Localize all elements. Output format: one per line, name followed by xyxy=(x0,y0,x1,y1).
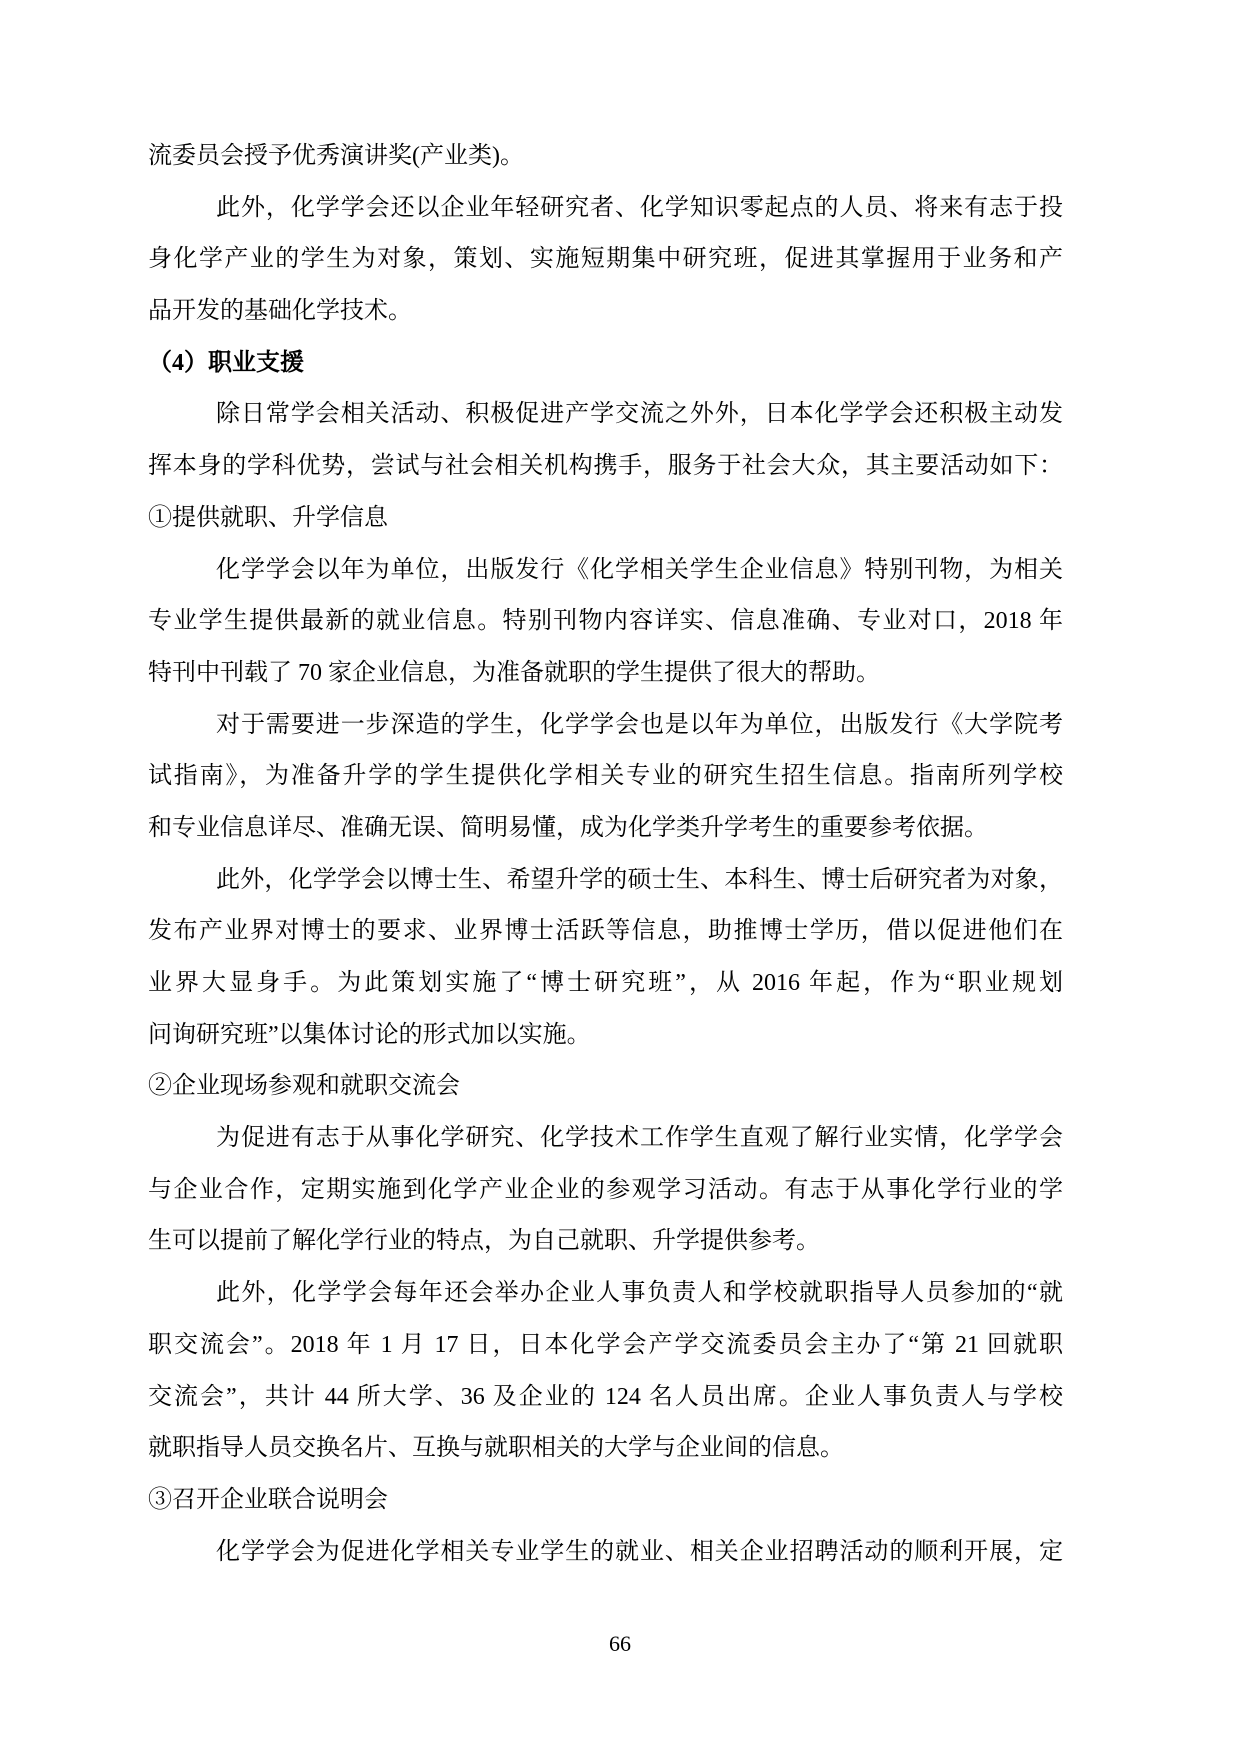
text-line: 试指南》，为准备升学的学生提供化学相关专业的研究生招生信息。指南所列学校 xyxy=(148,751,1063,803)
text-line: 特刊中刊载了 70 家企业信息，为准备就职的学生提供了很大的帮助。 xyxy=(148,648,1063,700)
text-line: 职交流会”。2018 年 1 月 17 日，日本化学会产学交流委员会主办了“第 … xyxy=(148,1320,1063,1372)
text-line: 挥本身的学科优势，尝试与社会相关机构携手，服务于社会大众，其主要活动如下： xyxy=(148,441,1063,493)
text-line: 此外，化学学会每年还会举办企业人事负责人和学校就职指导人员参加的“就 xyxy=(148,1268,1063,1320)
text-line: 化学学会为促进化学相关专业学生的就业、相关企业招聘活动的顺利开展，定 xyxy=(148,1527,1063,1579)
text-line: 交流会”，共计 44 所大学、36 及企业的 124 名人员出席。企业人事负责人… xyxy=(148,1372,1063,1424)
document-page: 流委员会授予优秀演讲奖(产业类)。此外，化学学会还以企业年轻研究者、化学知识零起… xyxy=(0,0,1240,1753)
text-line: 此外，化学学会还以企业年轻研究者、化学知识零起点的人员、将来有志于投 xyxy=(148,183,1063,235)
text-line: 专业学生提供最新的就业信息。特别刊物内容详实、信息准确、专业对口，2018 年 xyxy=(148,596,1063,648)
section-heading: （4）职业支援 xyxy=(148,338,1063,390)
text-line: 业界大显身手。为此策划实施了“博士研究班”，从 2016 年起，作为“职业规划 xyxy=(148,958,1063,1010)
text-line: 品开发的基础化学技术。 xyxy=(148,286,1063,338)
text-line: ①提供就职、升学信息 xyxy=(148,493,1063,545)
text-line: 与企业合作，定期实施到化学产业企业的参观学习活动。有志于从事化学行业的学 xyxy=(148,1165,1063,1217)
text-line: 除日常学会相关活动、积极促进产学交流之外外，日本化学学会还积极主动发 xyxy=(148,389,1063,441)
text-line: 为促进有志于从事化学研究、化学技术工作学生直观了解行业实情，化学学会 xyxy=(148,1113,1063,1165)
text-line: 对于需要进一步深造的学生，化学学会也是以年为单位，出版发行《大学院考 xyxy=(148,700,1063,752)
text-line: 流委员会授予优秀演讲奖(产业类)。 xyxy=(148,131,1063,183)
text-line: 化学学会以年为单位，出版发行《化学相关学生企业信息》特别刊物，为相关 xyxy=(148,545,1063,597)
document-body: 流委员会授予优秀演讲奖(产业类)。此外，化学学会还以企业年轻研究者、化学知识零起… xyxy=(148,131,1063,1578)
text-line: ③召开企业联合说明会 xyxy=(148,1475,1063,1527)
text-line: 发布产业界对博士的要求、业界博士活跃等信息，助推博士学历，借以促进他们在 xyxy=(148,906,1063,958)
text-line: 问询研究班”以集体讨论的形式加以实施。 xyxy=(148,1010,1063,1062)
text-line: 此外，化学学会以博士生、希望升学的硕士生、本科生、博士后研究者为对象， xyxy=(148,855,1063,907)
text-line: 生可以提前了解化学行业的特点，为自己就职、升学提供参考。 xyxy=(148,1216,1063,1268)
page-number: 66 xyxy=(0,1631,1240,1657)
text-line: 就职指导人员交换名片、互换与就职相关的大学与企业间的信息。 xyxy=(148,1423,1063,1475)
text-line: 身化学产业的学生为对象，策划、实施短期集中研究班，促进其掌握用于业务和产 xyxy=(148,234,1063,286)
text-line: ②企业现场参观和就职交流会 xyxy=(148,1061,1063,1113)
text-line: 和专业信息详尽、准确无误、简明易懂，成为化学类升学考生的重要参考依据。 xyxy=(148,803,1063,855)
